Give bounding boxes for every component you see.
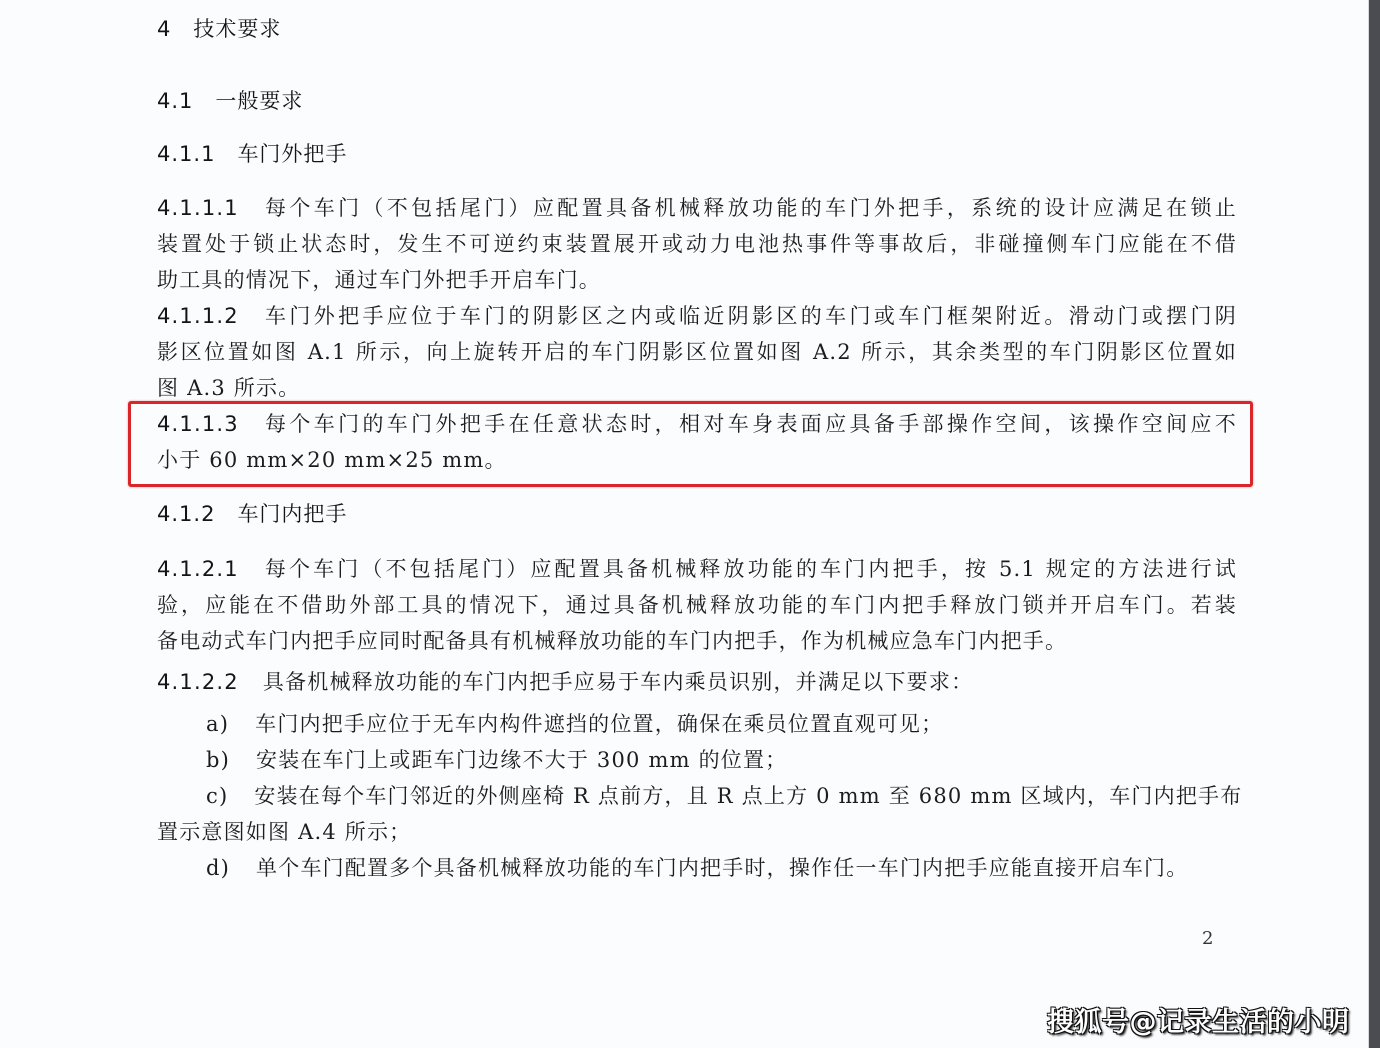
- section-heading-4-1: 4.1一般要求: [157, 86, 303, 116]
- clause-line: 影区位置如图 A.1 所示，向上旋转开启的车门阴影区位置如图 A.2 所示，其余…: [157, 337, 1237, 367]
- list-item-a: a)车门内把手应位于无车内构件遮挡的位置，确保在乘员位置直观可见；: [206, 709, 943, 739]
- section-number: 4.1.1: [157, 142, 215, 166]
- clause-line: 4.1.1.2车门外把手应位于车门的阴影区之内或临近阴影区的车门或车门框架附近。…: [157, 301, 1237, 331]
- clause-line: 4.1.2.2具备机械释放功能的车门内把手应易于车内乘员识别，并满足以下要求：: [157, 667, 973, 697]
- clause-number: 4.1.1.3: [157, 412, 239, 436]
- clause-line: 助工具的情况下，通过车门外把手开启车门。: [157, 265, 601, 295]
- clause-line: 图 A.3 所示。: [157, 373, 300, 403]
- page-number: 2: [1202, 928, 1213, 949]
- list-marker: d): [206, 856, 230, 880]
- list-line: 置示意图如图 A.4 所示；: [157, 817, 411, 847]
- section-number: 4.1.2: [157, 502, 215, 526]
- clause-number: 4.1.1.2: [157, 304, 239, 328]
- clause-number: 4.1.1.1: [157, 196, 239, 220]
- list-marker: a): [206, 712, 229, 736]
- clause-line: 装置处于锁止状态时，发生不可逆约束装置展开或动力电池热事件等事故后，非碰撞侧车门…: [157, 229, 1237, 259]
- clause-number: 4.1.2.1: [157, 557, 239, 581]
- section-title: 车门内把手: [237, 502, 347, 526]
- clause-line: 4.1.2.1每个车门（不包括尾门）应配置具备机械释放功能的车门内把手，按 5.…: [157, 554, 1237, 584]
- section-title: 一般要求: [215, 89, 303, 113]
- section-number: 4.1: [157, 89, 193, 113]
- watermark: 搜狐号@记录生活的小明: [1047, 1000, 1350, 1039]
- section-heading-4-1-1: 4.1.1车门外把手: [157, 139, 347, 169]
- list-item-d: d)单个车门配置多个具备机械释放功能的车门内把手时，操作任一车门内把手应能直接开…: [206, 853, 1188, 883]
- section-number: 4: [157, 17, 171, 41]
- clause-line: 小于 60 mm×20 mm×25 mm。: [157, 445, 507, 475]
- clause-line: 4.1.1.3每个车门的车门外把手在任意状态时，相对车身表面应具备手部操作空间，…: [157, 409, 1237, 439]
- section-title: 技术要求: [193, 17, 281, 41]
- list-marker: c): [206, 784, 228, 808]
- clause-line: 验，应能在不借助外部工具的情况下，通过具备机械释放功能的车门内把手释放门锁并开启…: [157, 590, 1237, 620]
- document-page: 4技术要求 4.1一般要求 4.1.1车门外把手 4.1.1.1每个车门（不包括…: [0, 0, 1368, 1048]
- clause-line: 4.1.1.1每个车门（不包括尾门）应配置具备机械释放功能的车门外把手，系统的设…: [157, 193, 1237, 223]
- list-item-b: b)安装在车门上或距车门边缘不大于 300 mm 的位置；: [206, 745, 787, 775]
- clause-number: 4.1.2.2: [157, 670, 239, 694]
- list-line: c)安装在每个车门邻近的外侧座椅 R 点前方，且 R 点上方 0 mm 至 68…: [206, 781, 1237, 811]
- section-heading-4-1-2: 4.1.2车门内把手: [157, 499, 347, 529]
- section-heading-4: 4技术要求: [157, 14, 281, 44]
- clause-line: 备电动式车门内把手应同时配备具有机械释放功能的车门内把手，作为机械应急车门内把手…: [157, 626, 1067, 656]
- viewer-scrollbar-strip: [1368, 0, 1380, 1048]
- section-title: 车门外把手: [237, 142, 347, 166]
- list-marker: b): [206, 748, 230, 772]
